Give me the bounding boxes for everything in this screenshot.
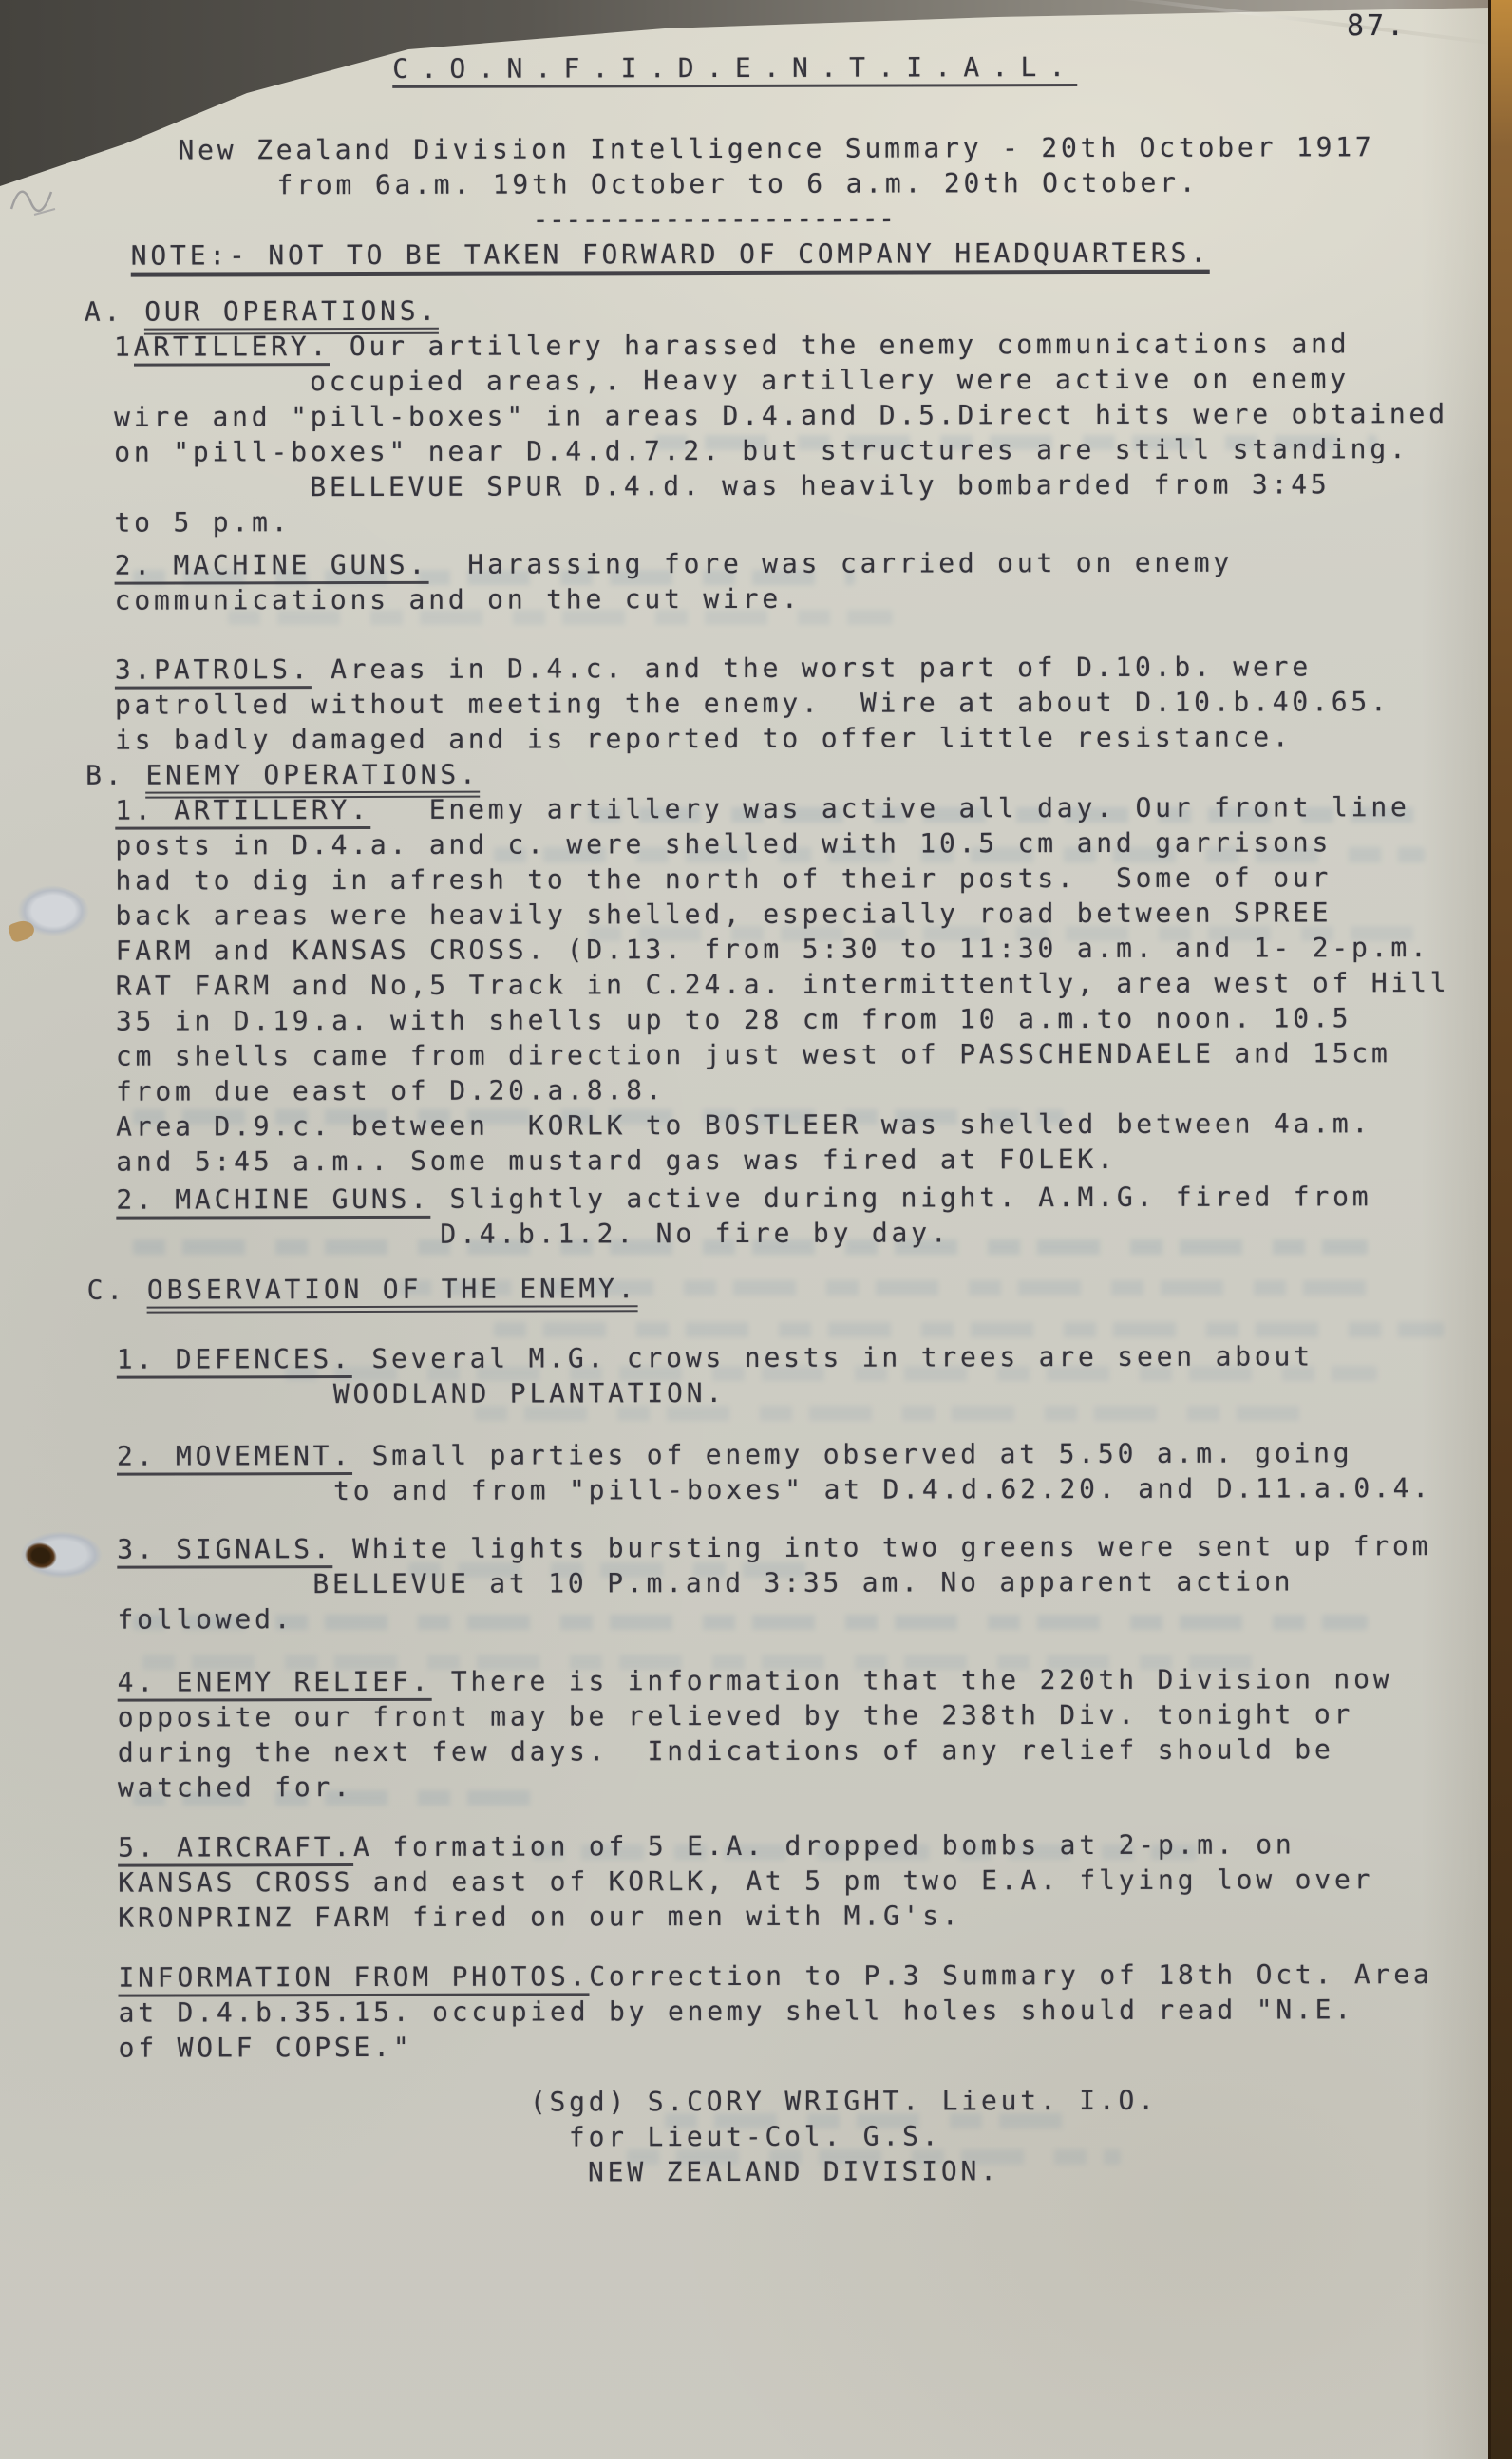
paragraph-enemy-machine-guns: 2. MACHINE GUNS. Slightly active during … [116, 1179, 1494, 1253]
signature-block: (Sgd) S.CORY WRIGHT. Lieut. I.O. for Lie… [119, 2082, 1497, 2191]
doc-line: FARM and KANSAS CROSS. (D.13. from 5:30 … [116, 930, 1494, 969]
paragraph-our-artillery: 1ARTILLERY. Our artillery harassed the e… [114, 326, 1493, 540]
doc-line: D.4.b.1.2. No fire by day. [440, 1214, 1494, 1252]
section-b-heading: B.ENEMY OPERATIONS. [85, 754, 1493, 793]
scanned-document-page: 87. C.O.N.F.I.D.E.N.T.I.A.L. New Zealand… [0, 0, 1512, 2459]
paragraph-our-machine-guns: 2. MACHINE GUNS. Harassing fore was carr… [115, 544, 1493, 618]
doc-line: communications and on the cut wire. [115, 579, 1493, 618]
doc-line: BELLEVUE SPUR D.4.d. was heavily bombard… [310, 466, 1492, 504]
doc-line: WOODLAND PLANTATION. [333, 1373, 1495, 1411]
paragraph-information-from-photos: INFORMATION FROM PHOTOS.Correction to P.… [118, 1957, 1496, 2066]
summary-title: New Zealand Division Intelligence Summar… [178, 129, 1491, 168]
paragraph-movement: 2. MOVEMENT. Small parties of enemy obse… [117, 1435, 1495, 1509]
summary-subtitle: from 6a.m. 19th October to 6 a.m. 20th O… [276, 164, 1491, 202]
section-a-heading: A.OUR OPERATIONS. [85, 291, 1492, 330]
signature-line: (Sgd) S.CORY WRIGHT. Lieut. I.O. [530, 2082, 1497, 2120]
doc-line: wire and "pill-boxes" in areas D.4.and D… [114, 396, 1492, 435]
paragraph-enemy-relief: 4. ENEMY RELIEF. There is information th… [118, 1661, 1496, 1806]
doc-line: 3. SIGNALS. White lights bursting into t… [117, 1528, 1495, 1567]
summary-title-block: New Zealand Division Intelligence Summar… [113, 129, 1491, 238]
doc-line: INFORMATION FROM PHOTOS.Correction to P.… [118, 1957, 1496, 1996]
doc-line: watched for. [118, 1767, 1496, 1806]
doc-line: 1. DEFENCES. Several M.G. crows nests in… [117, 1338, 1495, 1377]
doc-line: 3.PATROLS. Areas in D.4.c. and the worst… [115, 649, 1493, 688]
doc-line: KRONPRINZ FARM fired on our men with M.G… [118, 1897, 1496, 1936]
doc-line: 4. ENEMY RELIEF. There is information th… [118, 1661, 1496, 1700]
doc-line: BELLEVUE at 10 P.m.and 3:35 am. No appar… [312, 1563, 1495, 1601]
typed-text: C.O.N.F.I.D.E.N.T.I.A.L. New Zealand Div… [0, 0, 1497, 2191]
doc-line: Area D.9.c. between KORLK to BOSTLEER wa… [116, 1106, 1494, 1144]
signature-line: NEW ZEALAND DIVISION. [588, 2152, 1497, 2190]
doc-line: at D.4.b.35.15. occupied by enemy shell … [118, 1992, 1496, 2031]
doc-line: 35 in D.19.a. with shells up to 28 cm fr… [116, 1000, 1494, 1039]
doc-line: of WOLF COPSE." [119, 2027, 1497, 2066]
doc-line: 2. MOVEMENT. Small parties of enemy obse… [117, 1435, 1495, 1474]
doc-line: KANSAS CROSS and east of KORLK, At 5 pm … [118, 1862, 1496, 1901]
dashed-separator: ---------------------- [533, 199, 1492, 237]
paragraph-defences: 1. DEFENCES. Several M.G. crows nests in… [117, 1338, 1495, 1412]
paragraph-signals: 3. SIGNALS. White lights bursting into t… [117, 1528, 1495, 1637]
doc-line: is badly damaged and is reported to offe… [115, 719, 1493, 758]
doc-line: to 5 p.m. [114, 501, 1492, 540]
doc-line: on "pill-boxes" near D.4.d.7.2. but stru… [114, 431, 1492, 470]
doc-line: occupied areas,. Heavy artillery were ac… [310, 361, 1492, 399]
doc-line: 2. MACHINE GUNS. Slightly active during … [116, 1179, 1494, 1218]
paragraph-aircraft: 5. AIRCRAFT.A formation of 5 E.A. droppe… [118, 1826, 1496, 1936]
note-line: NOTE:- NOT TO BE TAKEN FORWARD OF COMPAN… [131, 235, 1492, 274]
classification-heading: C.O.N.F.I.D.E.N.T.I.A.L. [392, 48, 1491, 86]
doc-line: 5. AIRCRAFT.A formation of 5 E.A. droppe… [118, 1826, 1496, 1865]
doc-line: during the next few days. Indications of… [118, 1731, 1496, 1770]
paragraph-enemy-artillery: 1. ARTILLERY. Enemy artillery was active… [115, 789, 1494, 1180]
doc-line: had to dig in afresh to the north of the… [115, 860, 1493, 898]
doc-line: from due east of D.20.a.8.8. [116, 1070, 1494, 1109]
doc-line: opposite our front may be relieved by th… [118, 1696, 1496, 1735]
doc-line: 1ARTILLERY. Our artillery harassed the e… [114, 326, 1492, 365]
doc-line: posts in D.4.a. and c. were shelled with… [115, 824, 1493, 863]
doc-line: back areas were heavily shelled, especia… [115, 895, 1493, 934]
doc-line: and 5:45 a.m.. Some mustard gas was fire… [116, 1141, 1494, 1180]
doc-line: patrolled without meeting the enemy. Wir… [115, 684, 1493, 723]
doc-line: 2. MACHINE GUNS. Harassing fore was carr… [115, 544, 1493, 583]
doc-line: cm shells came from direction just west … [116, 1035, 1494, 1074]
section-c-heading: C.OBSERVATION OF THE ENEMY. [87, 1269, 1495, 1308]
paragraph-patrols: 3.PATROLS. Areas in D.4.c. and the worst… [115, 649, 1493, 758]
doc-line: followed. [117, 1598, 1495, 1637]
doc-line: to and from "pill-boxes" at D.4.d.62.20.… [333, 1470, 1495, 1508]
doc-line: 1. ARTILLERY. Enemy artillery was active… [115, 789, 1493, 828]
doc-line: RAT FARM and No,5 Track in C.24.a. inter… [116, 965, 1494, 1004]
signature-line: for Lieut-Col. G.S. [569, 2117, 1497, 2155]
